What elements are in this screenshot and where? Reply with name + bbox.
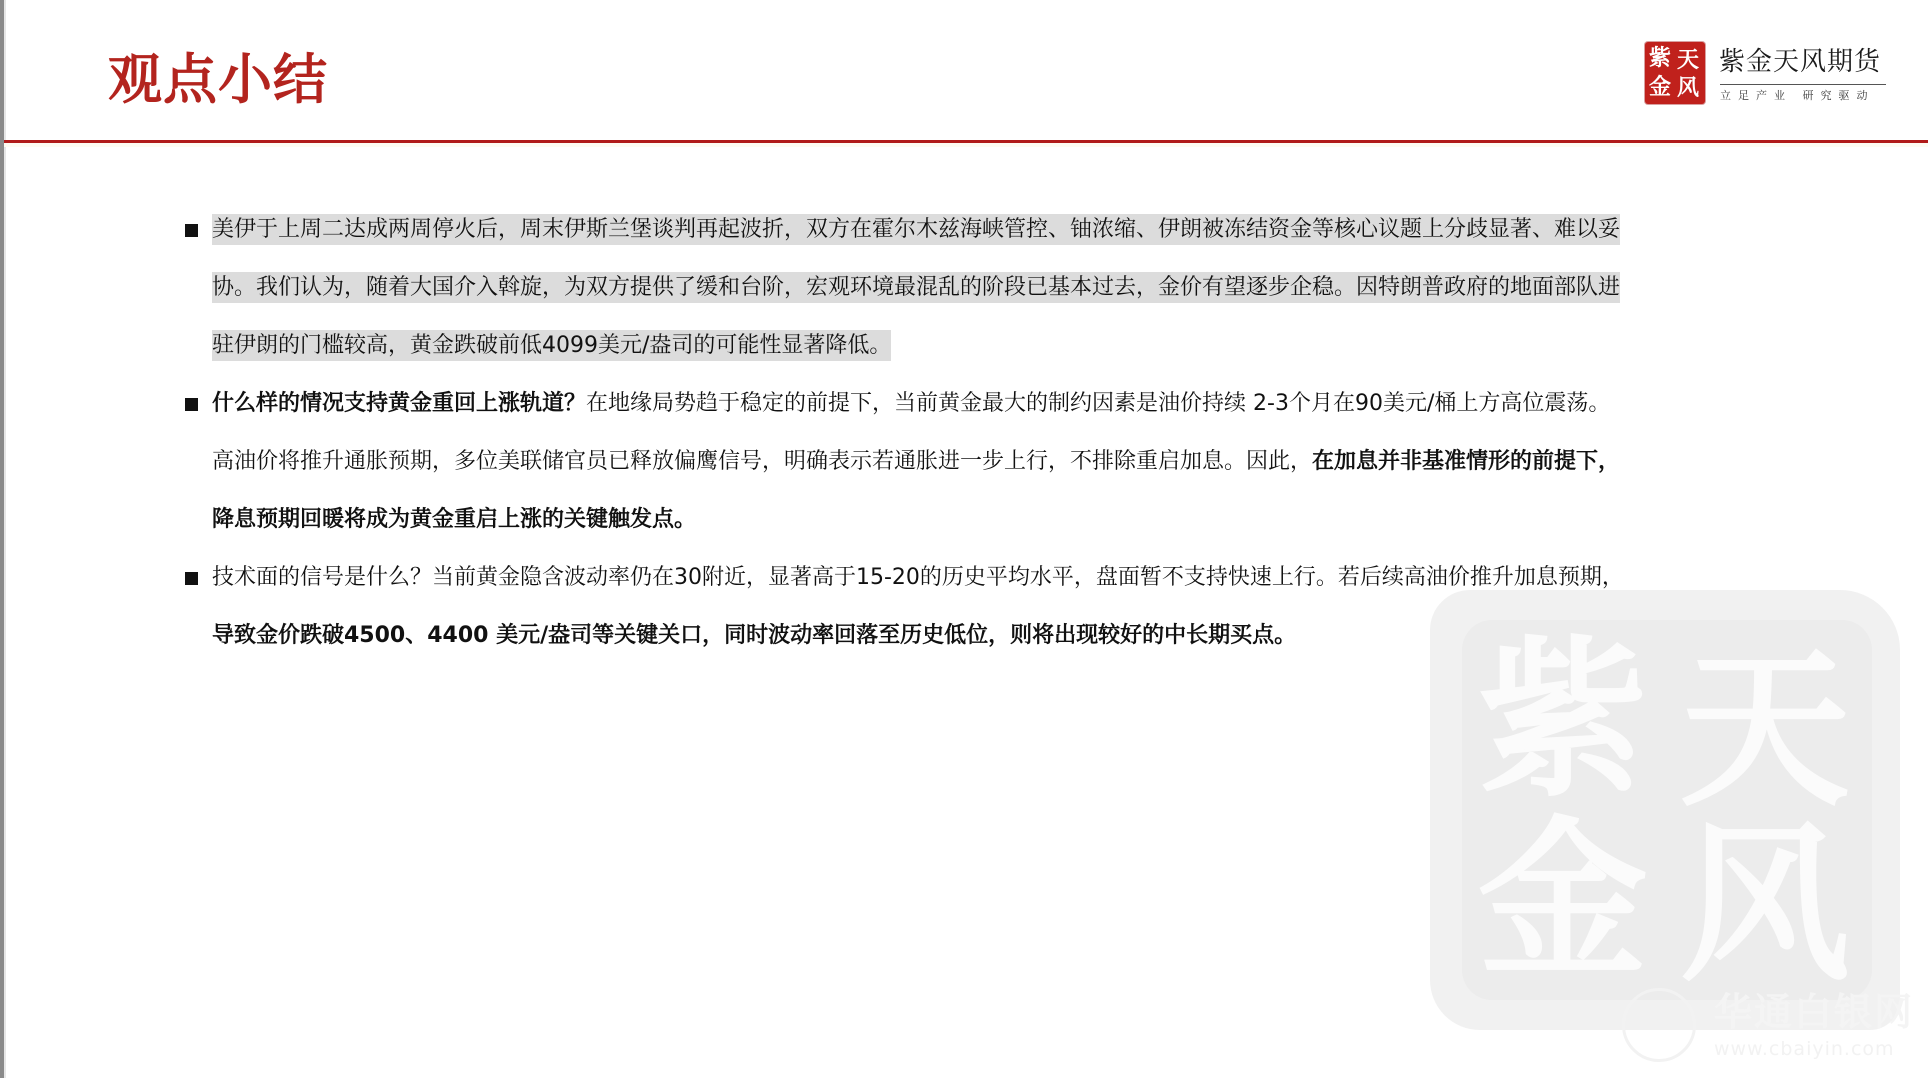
- site-watermark-url: www.cbaiyin.com: [1714, 1038, 1895, 1060]
- text-segment: 技术面的信号是什么？当前黄金隐含波动率仍在30附近，显著高于15-20的历史平均…: [212, 565, 1624, 590]
- summary-bullet: 美伊于上周二达成两周停火后，周末伊斯兰堡谈判再起波折，双方在霍尔木兹海峡管控、铀…: [185, 206, 1785, 380]
- text-segment: 协。我们认为，随着大国介入斡旋，为双方提供了缓和台阶，宏观环境最混乱的阶段已基本…: [212, 275, 1620, 300]
- company-name: 紫金天风期货: [1719, 46, 1881, 78]
- bold-text-segment: 降息预期回暖将成为黄金重启上涨的关键触发点。: [212, 507, 696, 532]
- text-segment: 高油价将推升通胀预期，多位美联储官员已释放偏鹰信号，明确表示若通胀进一步上行，不…: [212, 449, 1312, 474]
- bullet-line: 协。我们认为，随着大国介入斡旋，为双方提供了缓和台阶，宏观环境最混乱的阶段已基本…: [185, 264, 1785, 322]
- logo-stamp-char: 风: [1677, 75, 1699, 101]
- square-bullet-icon: [185, 398, 198, 411]
- watermark-char: 金: [1478, 810, 1648, 990]
- bullet-line: 导致金价跌破4500、4400 美元/盎司等关键关口，同时波动率回落至历史低位，…: [185, 612, 1785, 670]
- company-slogan: 立足产业 研究驱动: [1720, 89, 1875, 103]
- bold-text-segment: 导致金价跌破4500、4400 美元/盎司等关键关口，同时波动率回落至历史低位，…: [212, 623, 1296, 648]
- site-watermark-name: 华通白银网: [1714, 990, 1914, 1034]
- bullet-text: 技术面的信号是什么？当前黄金隐含波动率仍在30附近，显著高于15-20的历史平均…: [212, 562, 1624, 593]
- watermark-char: 风: [1680, 815, 1850, 995]
- bold-text-segment: 在加息并非基准情形的前提下，: [1312, 449, 1620, 474]
- page-left-edge-highlight: [4, 0, 6, 1078]
- site-watermark-logo-icon: [1622, 988, 1696, 1062]
- page-title: 观点小结: [108, 44, 328, 114]
- bullet-line: 技术面的信号是什么？当前黄金隐含波动率仍在30附近，显著高于15-20的历史平均…: [185, 554, 1785, 612]
- bullet-line: 降息预期回暖将成为黄金重启上涨的关键触发点。: [185, 496, 1785, 554]
- logo-stamp-char: 紫: [1649, 45, 1671, 71]
- bullet-line: 什么样的情况支持黄金重回上涨轨道？在地缘局势趋于稳定的前提下，当前黄金最大的制约…: [185, 380, 1785, 438]
- logo-divider: [1720, 84, 1886, 85]
- bullet-text: 驻伊朗的门槛较高，黄金跌破前低4099美元/盎司的可能性显著降低。: [212, 330, 891, 361]
- company-logo: 紫 天 金 风 紫金天风期货 立足产业 研究驱动: [1643, 40, 1903, 108]
- bullet-line: 高油价将推升通胀预期，多位美联储官员已释放偏鹰信号，明确表示若通胀进一步上行，不…: [185, 438, 1785, 496]
- text-segment: 驻伊朗的门槛较高，黄金跌破前低4099美元/盎司的可能性显著降低。: [212, 333, 891, 358]
- bullet-text: 高油价将推升通胀预期，多位美联储官员已释放偏鹰信号，明确表示若通胀进一步上行，不…: [212, 446, 1620, 477]
- bullet-text: 什么样的情况支持黄金重回上涨轨道？在地缘局势趋于稳定的前提下，当前黄金最大的制约…: [212, 388, 1610, 419]
- text-segment: 美伊于上周二达成两周停火后，周末伊斯兰堡谈判再起波折，双方在霍尔木兹海峡管控、铀…: [212, 217, 1620, 242]
- square-bullet-icon: [185, 224, 198, 237]
- bullet-text: 美伊于上周二达成两周停火后，周末伊斯兰堡谈判再起波折，双方在霍尔木兹海峡管控、铀…: [212, 214, 1620, 245]
- bullet-line: 驻伊朗的门槛较高，黄金跌破前低4099美元/盎司的可能性显著降低。: [185, 322, 1785, 380]
- text-segment: 在地缘局势趋于稳定的前提下，当前黄金最大的制约因素是油价持续 2-3个月在90美…: [586, 391, 1610, 416]
- summary-bullet: 技术面的信号是什么？当前黄金隐含波动率仍在30附近，显著高于15-20的历史平均…: [185, 554, 1785, 670]
- summary-content: 美伊于上周二达成两周停火后，周末伊斯兰堡谈判再起波折，双方在霍尔木兹海峡管控、铀…: [185, 206, 1785, 670]
- logo-stamp-char: 天: [1677, 47, 1699, 73]
- title-divider-shadow: [4, 143, 1928, 147]
- square-bullet-icon: [185, 572, 198, 585]
- bold-text-segment: 什么样的情况支持黄金重回上涨轨道？: [212, 391, 586, 416]
- summary-bullet: 什么样的情况支持黄金重回上涨轨道？在地缘局势趋于稳定的前提下，当前黄金最大的制约…: [185, 380, 1785, 554]
- bullet-text: 导致金价跌破4500、4400 美元/盎司等关键关口，同时波动率回落至历史低位，…: [212, 620, 1296, 651]
- bullet-line: 美伊于上周二达成两周停火后，周末伊斯兰堡谈判再起波折，双方在霍尔木兹海峡管控、铀…: [185, 206, 1785, 264]
- bullet-text: 降息预期回暖将成为黄金重启上涨的关键触发点。: [212, 504, 696, 535]
- logo-stamp-icon: 紫 天 金 风: [1645, 42, 1705, 104]
- logo-stamp-char: 金: [1649, 74, 1671, 100]
- site-watermark: 华通白银网 www.cbaiyin.com: [1622, 988, 1922, 1068]
- bullet-text: 协。我们认为，随着大国介入斡旋，为双方提供了缓和台阶，宏观环境最混乱的阶段已基本…: [212, 272, 1620, 303]
